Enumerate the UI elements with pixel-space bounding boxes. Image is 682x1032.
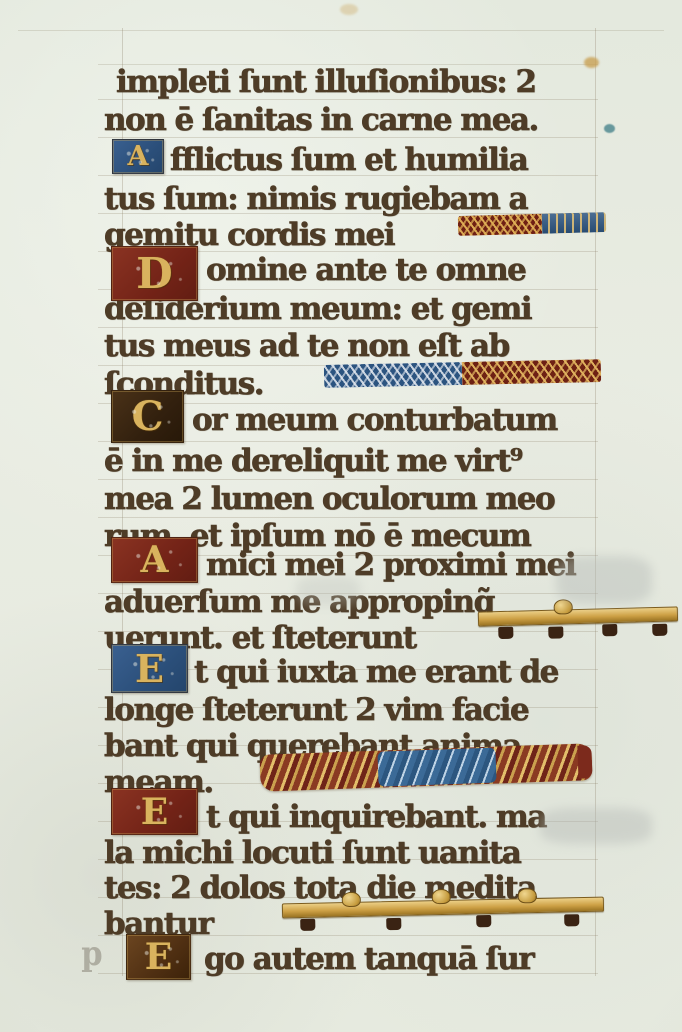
text-line: mici mei 2 proximi mei [206,547,575,583]
ruling-line-top [18,30,664,31]
branch-foot [548,626,563,638]
line-filler-lattice [324,359,601,388]
branch-foot [602,624,617,636]
wave-end-cap [577,745,592,778]
branch-foot [386,918,401,930]
illuminated-initial: E [111,644,188,693]
wave-blue-segment [377,748,496,787]
filler-segment-red-gold [462,359,601,385]
branch-foot [498,627,513,639]
illuminated-initial: A [112,139,164,174]
gold-knob [342,892,361,907]
illuminated-initial: C [111,390,184,443]
branch-foot [564,914,579,926]
text-line: or meum conturbatum [192,402,557,438]
branch-foot [300,919,315,931]
line-filler-gold-branch [280,885,607,934]
text-line: non ē ſanitas in carne mea. [104,102,538,138]
stain [340,4,358,15]
initial-letter: A [141,542,169,578]
branch-foot [476,915,491,927]
ink-showthrough: p [81,934,102,974]
text-line: go autem tanquā ſur [204,941,533,977]
text-line: mea 2 lumen oculorum meo [104,481,554,517]
illuminated-initial: E [126,934,191,980]
manuscript-page: impleti ſunt illuſionibus: 2 non ē ſanit… [0,0,682,1032]
text-line: ē in me dereliquit me virt⁹ [104,443,522,479]
illuminated-initial: D [111,246,198,301]
text-line: t qui inquirebant. ma [206,799,546,835]
illuminated-initial: A [111,537,198,583]
ruling-line-right-margin [595,28,596,976]
initial-letter: A [128,143,149,170]
line-filler-gold-branch [475,595,680,642]
text-line: omine ante te omne [206,252,525,288]
filler-segment-blue-white [324,362,462,388]
gold-knob [432,889,451,904]
branch-foot [652,624,667,636]
initial-letter: E [135,650,164,688]
gold-bar [478,606,678,626]
text-line: tus ſum: nimis rugiebam a [104,181,527,217]
filler-segment-blue-gold [542,212,607,234]
gold-knob [553,599,572,614]
stain [540,808,652,844]
initial-letter: D [136,253,172,295]
text-line: aduerſum me appropinq̃ [104,584,494,620]
stain [604,124,615,133]
initial-letter: E [141,794,168,830]
line-filler-lattice [458,212,606,236]
initial-letter: E [145,939,172,975]
text-line: fflictus ſum et humilia [170,142,527,178]
illuminated-initial: E [111,788,198,835]
text-line: impleti ſunt illuſionibus: 2 [116,64,536,100]
gold-knob [518,888,537,903]
initial-letter: C [132,397,164,437]
text-line: t qui iuxta me erant de [194,654,558,690]
text-line: la michi locuti ſunt uanita [104,835,520,871]
text-line: tus meus ad te non eſt ab [104,328,509,364]
text-line: longe ſteterunt 2 vim facie [104,692,528,728]
filler-segment-red-gold [458,214,542,236]
stain [584,57,599,68]
